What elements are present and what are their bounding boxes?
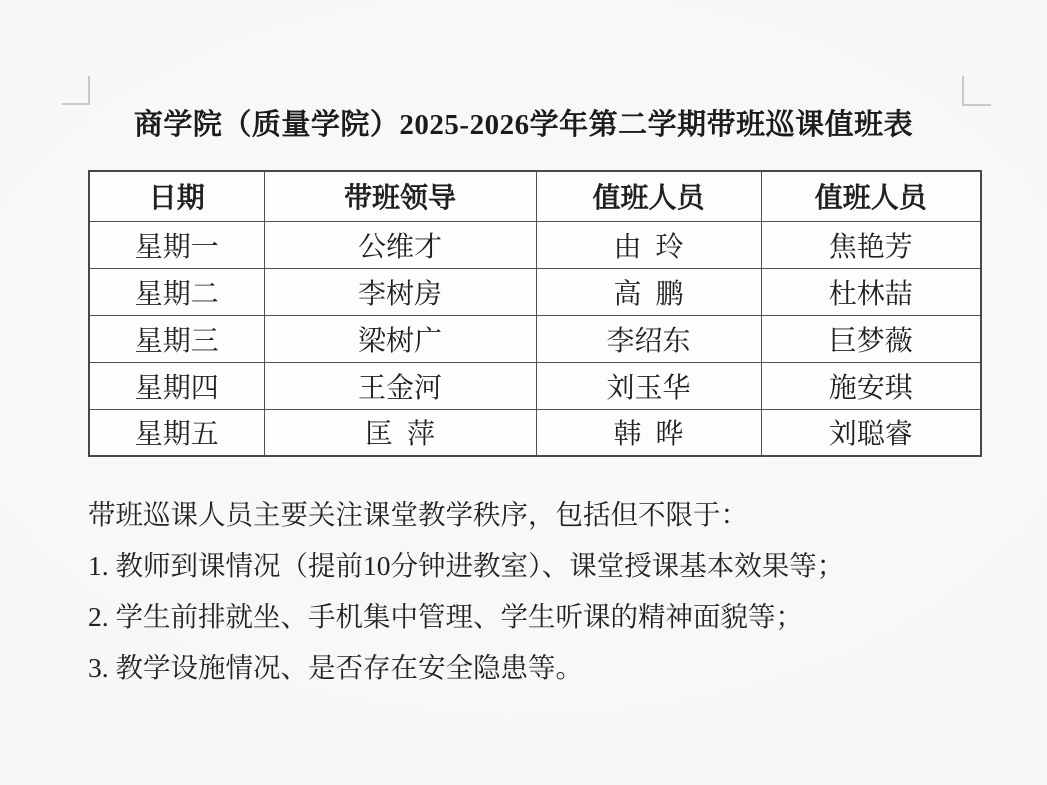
cell-duty-2: 杜林喆 — [761, 268, 981, 315]
table-row-monday: 星期一 公维才 由 玲 焦艳芳 — [89, 221, 981, 268]
cell-duty-2: 巨梦薇 — [761, 315, 981, 362]
page-title: 商学院（质量学院）2025-2026学年第二学期带班巡课值班表 — [0, 102, 1047, 143]
cell-duty-2: 焦艳芳 — [761, 221, 981, 268]
cell-day: 星期一 — [89, 221, 264, 268]
cell-day: 星期四 — [89, 362, 264, 409]
duty-roster-table: 日期 带班领导 值班人员 值班人员 星期一 公维才 由 玲 焦艳芳 星期二 李树… — [88, 170, 982, 457]
cell-duty-1: 刘玉华 — [536, 362, 761, 409]
notes-section: 带班巡课人员主要关注课堂教学秩序，包括但不限于： 1. 教师到课情况（提前10分… — [88, 489, 978, 693]
cell-duty-2: 刘聪睿 — [761, 409, 981, 456]
cell-duty-1: 李绍东 — [536, 315, 761, 362]
table-header-row: 日期 带班领导 值班人员 值班人员 — [89, 171, 981, 221]
col-header-date: 日期 — [89, 171, 264, 221]
col-header-duty-person-1: 值班人员 — [536, 171, 761, 221]
cell-duty-2: 施安琪 — [761, 362, 981, 409]
notes-intro: 带班巡课人员主要关注课堂教学秩序，包括但不限于： — [88, 489, 978, 540]
page-corner-mark-top-left — [62, 76, 90, 105]
cell-leader: 公维才 — [264, 221, 536, 268]
document-page: 商学院（质量学院）2025-2026学年第二学期带班巡课值班表 日期 带班领导 … — [0, 0, 1047, 785]
cell-leader: 李树房 — [264, 268, 536, 315]
table-row-thursday: 星期四 王金河 刘玉华 施安琪 — [89, 362, 981, 409]
cell-leader: 王金河 — [264, 362, 536, 409]
cell-duty-1: 高 鹏 — [536, 268, 761, 315]
table-row-wednesday: 星期三 梁树广 李绍东 巨梦薇 — [89, 315, 981, 362]
cell-day: 星期二 — [89, 268, 264, 315]
table-row-friday: 星期五 匡 萍 韩 晔 刘聪睿 — [89, 409, 981, 456]
col-header-duty-person-2: 值班人员 — [761, 171, 981, 221]
table-row-tuesday: 星期二 李树房 高 鹏 杜林喆 — [89, 268, 981, 315]
cell-leader: 匡 萍 — [264, 409, 536, 456]
col-header-leader: 带班领导 — [264, 171, 536, 221]
cell-duty-1: 由 玲 — [536, 221, 761, 268]
note-item-3: 3. 教学设施情况、是否存在安全隐患等。 — [88, 642, 978, 693]
note-item-2: 2. 学生前排就坐、手机集中管理、学生听课的精神面貌等； — [88, 591, 978, 642]
cell-day: 星期三 — [89, 315, 264, 362]
cell-duty-1: 韩 晔 — [536, 409, 761, 456]
cell-leader: 梁树广 — [264, 315, 536, 362]
cell-day: 星期五 — [89, 409, 264, 456]
note-item-1: 1. 教师到课情况（提前10分钟进教室）、课堂授课基本效果等； — [88, 540, 978, 591]
